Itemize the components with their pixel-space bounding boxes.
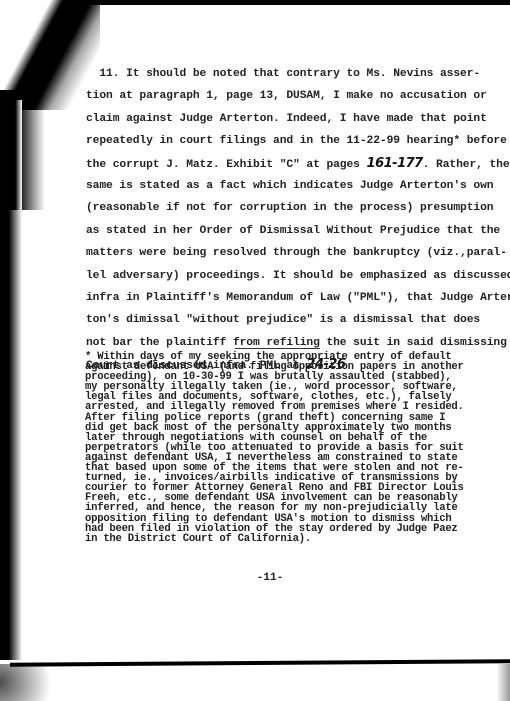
line-text: (reasonable if not for corruption in the… — [86, 202, 493, 214]
handwritten-page-range: 161-177 — [367, 156, 423, 171]
text-line: matters were being resolved through the … — [86, 242, 486, 264]
line-text: as stated in her Order of Dismissal With… — [86, 225, 500, 237]
line-text: infra in Plaintiff's Memorandum of Law (… — [86, 292, 510, 304]
line-text: same is stated as a fact which indicates… — [86, 180, 493, 192]
scan-artifact-bottom-edge — [10, 659, 510, 666]
line-text: . Rather, the — [423, 159, 510, 171]
text-line: same is stated as a fact which indicates… — [86, 175, 486, 197]
text-line: the corrupt J. Matz. Exhibit "C" at page… — [86, 153, 486, 175]
text-line: 11. It should be noted that contrary to … — [86, 63, 486, 85]
text-line: tion at paragraph 1, page 13, DUSAM, I m… — [86, 85, 486, 107]
line-text: lel adversary) proceedings. It should be… — [86, 270, 510, 282]
text-line: claim against Judge Arterton. Indeed, I … — [86, 108, 486, 130]
footnote-separator — [235, 348, 320, 349]
footnote-line: in the District Court of California). — [85, 534, 495, 544]
scan-artifact-bottom-noise — [0, 664, 70, 701]
text-line: ton's dimissal "without prejudice" is a … — [86, 309, 486, 331]
text-line: (reasonable if not for corruption in the… — [86, 197, 486, 219]
footnote-line: inferred, and hence, the reason for my n… — [85, 503, 495, 513]
line-text: not bar the plaintiff from refiling the … — [86, 337, 507, 349]
line-text: the corrupt J. Matz. Exhibit "C" at page… — [86, 159, 367, 171]
line-text: repeatedly in court filings and in the 1… — [86, 135, 507, 147]
paragraph-11: 11. It should be noted that contrary to … — [86, 63, 486, 376]
line-text: tion at paragraph 1, page 13, DUSAM, I m… — [86, 90, 487, 102]
text-line: as stated in her Order of Dismissal With… — [86, 220, 486, 242]
line-text: matters were being resolved through the … — [86, 247, 507, 259]
text-line: repeatedly in court filings and in the 1… — [86, 130, 486, 152]
footnote: * Within days of my seeking the appropri… — [85, 352, 495, 544]
line-text: ton's dimissal "without prejudice" is a … — [86, 314, 480, 326]
text-line: infra in Plaintiff's Memorandum of Law (… — [86, 287, 486, 309]
scan-artifact-right-noise — [496, 664, 510, 701]
text-line: lel adversary) proceedings. It should be… — [86, 265, 486, 287]
page-number: -11- — [0, 572, 510, 584]
line-text: claim against Judge Arterton. Indeed, I … — [86, 113, 487, 125]
line-text: 11. It should be noted that contrary to … — [86, 68, 480, 80]
scan-artifact-top-band — [60, 0, 510, 5]
